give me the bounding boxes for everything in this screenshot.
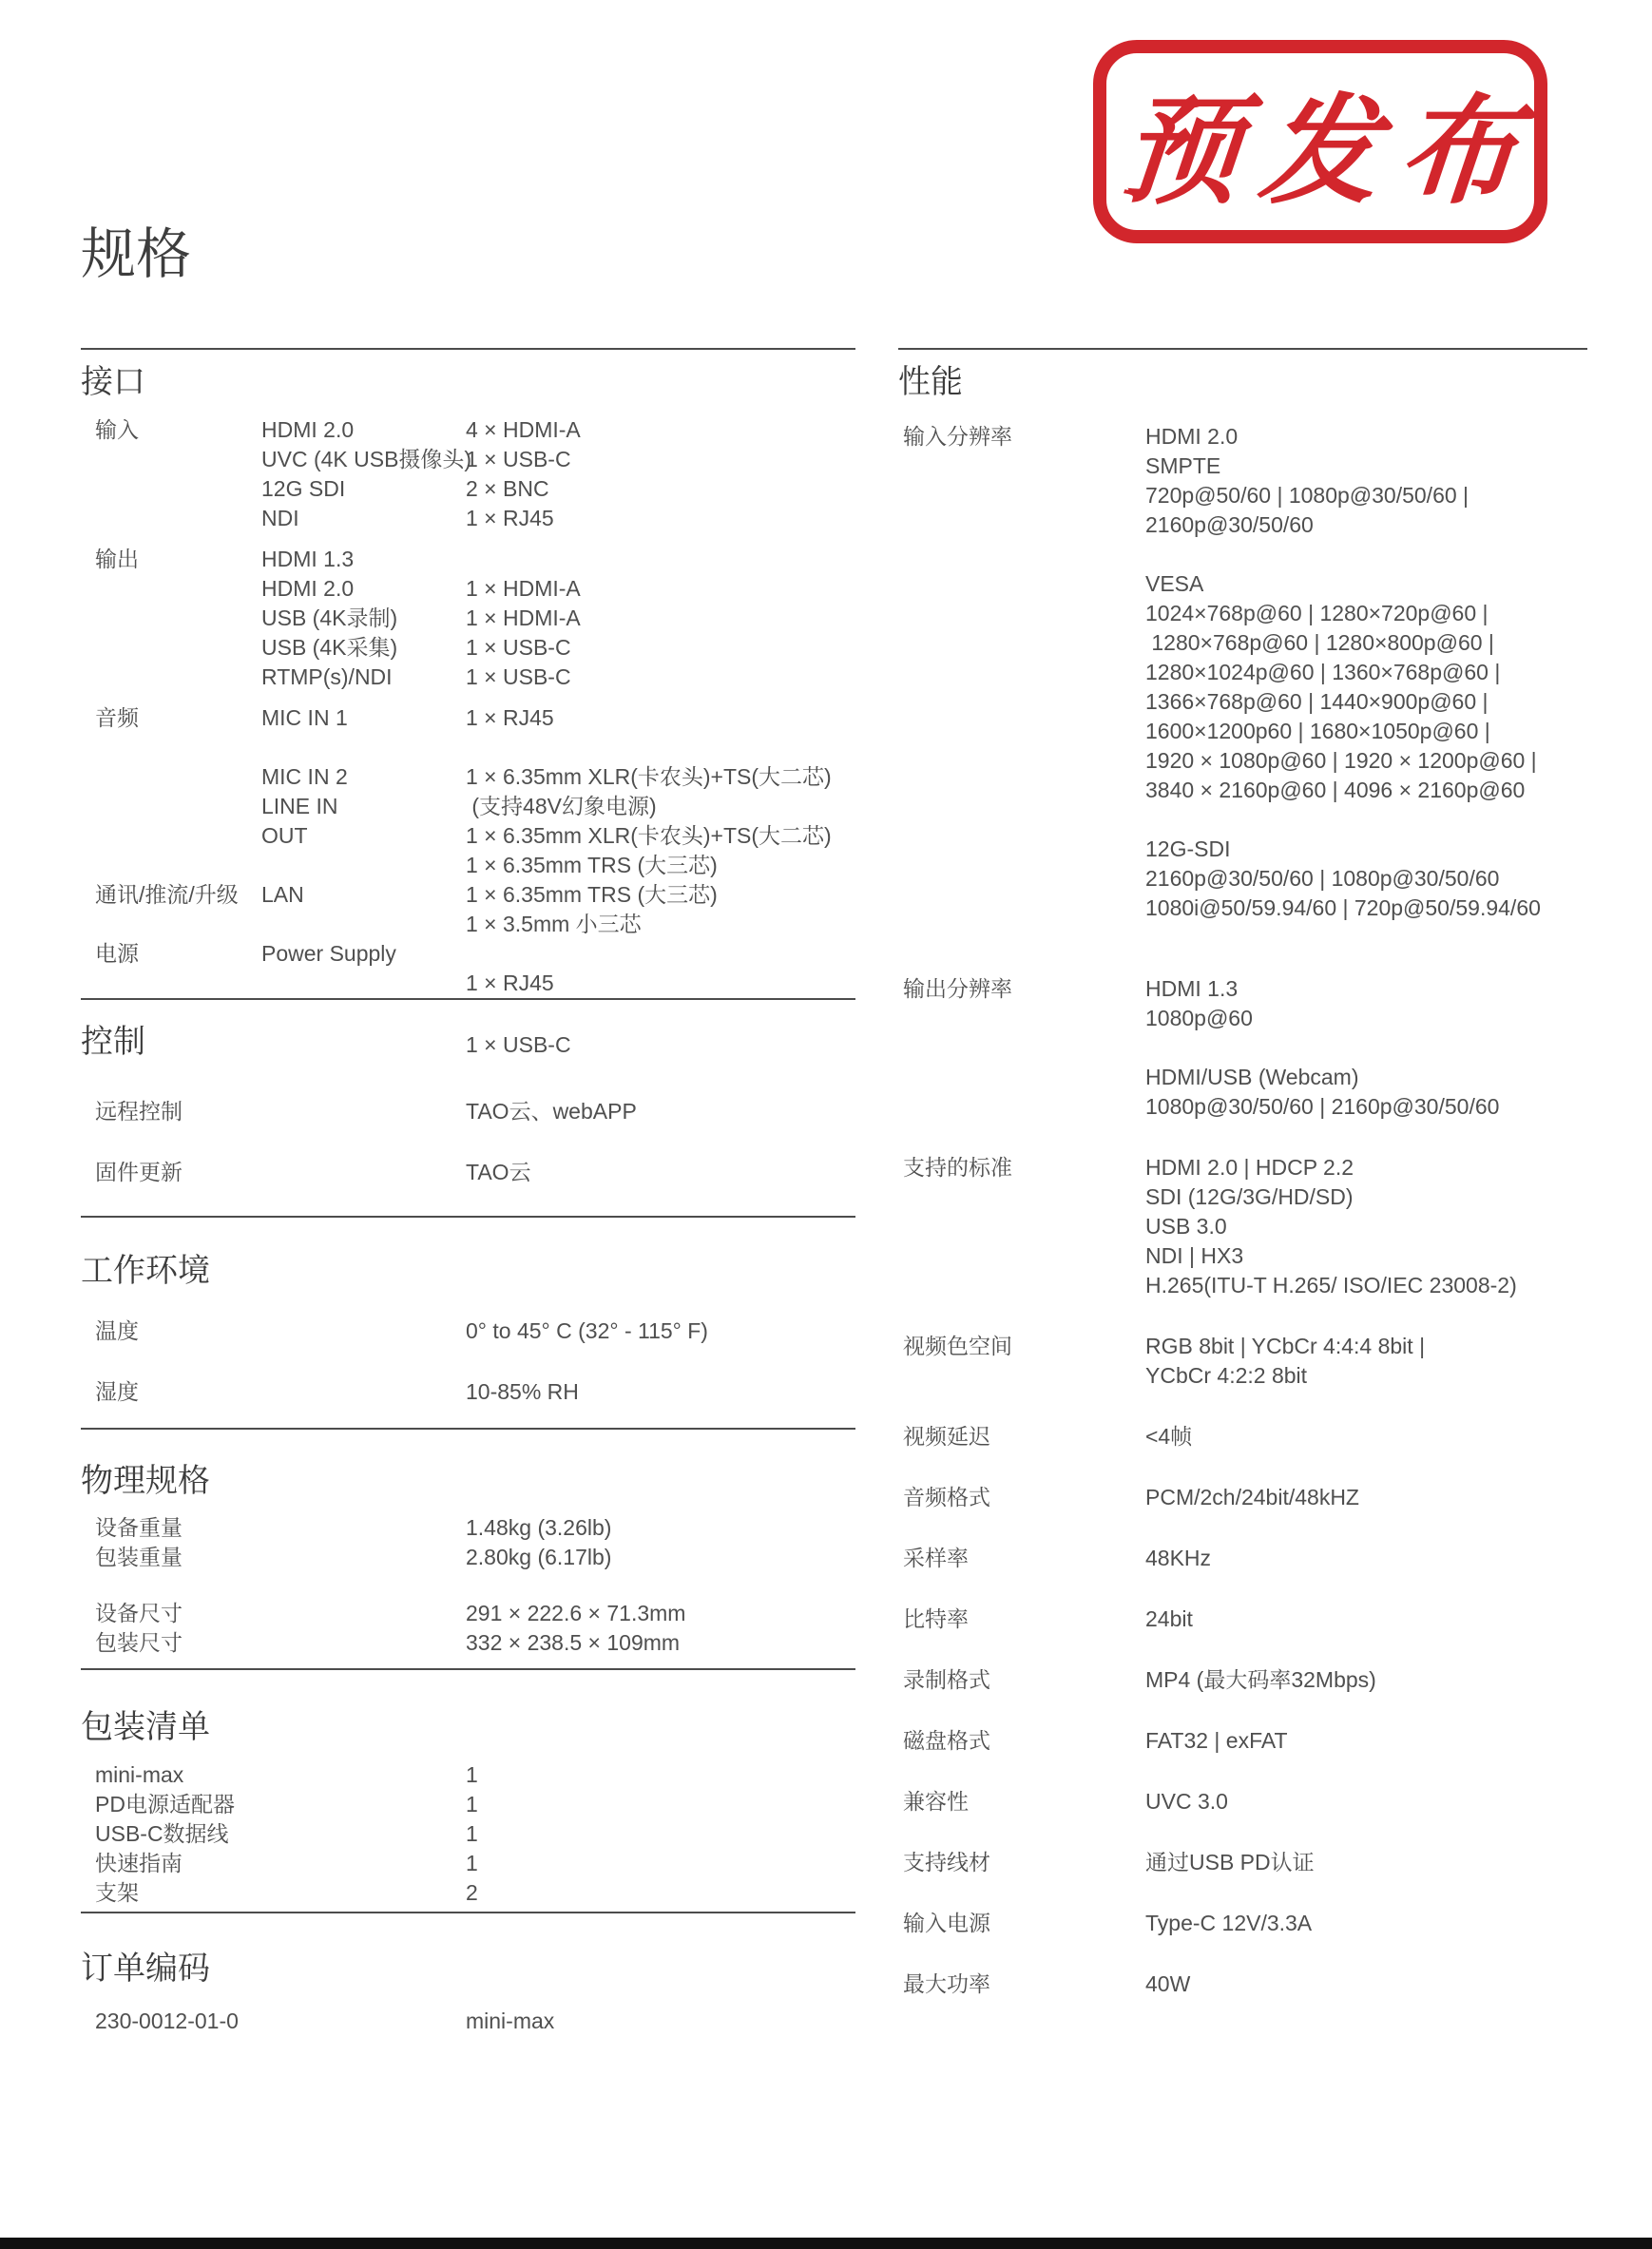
row-sublabels: MIC IN 1 MIC IN 2 LINE IN OUT <box>261 703 466 880</box>
spec-row-input: 输入 HDMI 2.0 UVC (4K USB摄像头) 12G SDI NDI … <box>81 415 855 533</box>
row-label: 支持线材 <box>898 1848 1145 1877</box>
row-label: 比特率 <box>898 1605 1145 1634</box>
row-values: 291 × 222.6 × 71.3mm 332 × 238.5 × 109mm <box>466 1599 855 1658</box>
row-values: RGB 8bit | YCbCr 4:4:4 8bit | YCbCr 4:2:… <box>1145 1332 1587 1391</box>
spec-row-disk-format: 磁盘格式 FAT32 | exFAT <box>898 1726 1587 1756</box>
spec-row-sample-rate: 采样率 48KHz <box>898 1544 1587 1573</box>
row-values: 24bit <box>1145 1605 1587 1634</box>
row-label: 音频 <box>81 703 261 880</box>
spec-row-record-format: 录制格式 MP4 (最大码率32Mbps) <box>898 1665 1587 1695</box>
left-column: 接口 输入 HDMI 2.0 UVC (4K USB摄像头) 12G SDI N… <box>81 348 855 2067</box>
spec-row-power: 电源 Power Supply 1 × RJ45 <box>81 939 855 998</box>
row-value: TAO云、webAPP <box>466 1097 855 1126</box>
row-values: Type-C 12V/3.3A <box>1145 1909 1587 1938</box>
spec-row-video-latency: 视频延迟 <4帧 <box>898 1422 1587 1451</box>
prerelease-stamp-text: 预发布 <box>1094 57 1546 226</box>
section-control: 控制 1 × USB-C 远程控制 TAO云、webAPP 固件更新 TAO云 <box>81 998 855 1187</box>
row-values: MP4 (最大码率32Mbps) <box>1145 1665 1587 1695</box>
row-values: PCM/2ch/24bit/48kHZ <box>1145 1483 1587 1512</box>
spec-row-cable: 支持线材 通过USB PD认证 <box>898 1848 1587 1877</box>
row-values: 4 × HDMI-A 1 × USB-C 2 × BNC 1 × RJ45 <box>466 415 855 533</box>
spec-row-firmware: 固件更新 TAO云 <box>81 1158 855 1187</box>
row-sublabels: HDMI 2.0 UVC (4K USB摄像头) 12G SDI NDI <box>261 415 466 533</box>
row-values: 1 × HDMI-A 1 × HDMI-A 1 × USB-C 1 × USB-… <box>466 545 855 692</box>
spec-row-dimensions: 设备尺寸 包装尺寸 291 × 222.6 × 71.3mm 332 × 238… <box>81 1599 855 1658</box>
section-divider <box>81 348 855 350</box>
section-divider <box>81 1428 855 1430</box>
row-values: 40W <box>1145 1970 1587 1999</box>
row-label: 输出分辨率 <box>898 974 1145 1122</box>
spec-row-bit-rate: 比特率 24bit <box>898 1605 1587 1634</box>
section-heading: 接口 <box>81 363 855 401</box>
row-label: 输入分辨率 <box>898 422 1145 923</box>
section-heading: 物理规格 <box>81 1462 855 1500</box>
packing-list: mini-max PD电源适配器 USB-C数据线 快速指南 支架 1 1 1 … <box>81 1760 855 1908</box>
row-value: TAO云 <box>466 1158 855 1187</box>
section-heading: 工作环境 <box>81 1252 855 1290</box>
row-label: 输入电源 <box>898 1909 1145 1938</box>
row-labels: 设备尺寸 包装尺寸 <box>81 1599 466 1658</box>
control-heading-value: 1 × USB-C <box>466 1030 855 1060</box>
spec-row-output-resolution: 输出分辨率 HDMI 1.3 1080p@60 HDMI/USB (Webcam… <box>898 974 1587 1122</box>
row-values: HDMI 2.0 | HDCP 2.2 SDI (12G/3G/HD/SD) U… <box>1145 1153 1587 1300</box>
section-physical: 物理规格 设备重量 包装重量 1.48kg (3.26lb) 2.80kg (6… <box>81 1428 855 1658</box>
section-heading: 包装清单 <box>81 1708 855 1746</box>
row-values: UVC 3.0 <box>1145 1787 1587 1816</box>
section-divider <box>898 348 1587 350</box>
spec-row-humidity: 湿度 10-85% RH <box>81 1377 855 1407</box>
section-performance: 性能 输入分辨率 HDMI 2.0 SMPTE 720p@50/60 | 108… <box>898 348 1587 1999</box>
right-column: 性能 输入分辨率 HDMI 2.0 SMPTE 720p@50/60 | 108… <box>898 348 1587 2030</box>
row-label: 磁盘格式 <box>898 1726 1145 1756</box>
spec-row-input-resolution: 输入分辨率 HDMI 2.0 SMPTE 720p@50/60 | 1080p@… <box>898 422 1587 923</box>
order-product: mini-max <box>466 2007 855 2036</box>
row-values: HDMI 2.0 SMPTE 720p@50/60 | 1080p@30/50/… <box>1145 422 1587 923</box>
row-label: 电源 <box>81 939 261 998</box>
row-label: 兼容性 <box>898 1787 1145 1816</box>
row-label: 温度 <box>81 1317 466 1346</box>
row-values: 1 × RJ45 <box>466 939 855 998</box>
row-value: 10-85% RH <box>466 1377 855 1407</box>
section-packing-list: 包装清单 mini-max PD电源适配器 USB-C数据线 快速指南 支架 1… <box>81 1668 855 1908</box>
row-values: 通过USB PD认证 <box>1145 1848 1587 1877</box>
spec-row-remote-control: 远程控制 TAO云、webAPP <box>81 1097 855 1126</box>
spec-row-color-space: 视频色空间 RGB 8bit | YCbCr 4:4:4 8bit | YCbC… <box>898 1332 1587 1391</box>
spec-row-compatibility: 兼容性 UVC 3.0 <box>898 1787 1587 1816</box>
spec-row-max-power: 最大功率 40W <box>898 1970 1587 1999</box>
page-bottom-edge <box>0 2238 1652 2249</box>
row-values: 1.48kg (3.26lb) 2.80kg (6.17lb) <box>466 1513 855 1572</box>
spec-row-standards: 支持的标准 HDMI 2.0 | HDCP 2.2 SDI (12G/3G/HD… <box>898 1153 1587 1300</box>
section-interface: 接口 输入 HDMI 2.0 UVC (4K USB摄像头) 12G SDI N… <box>81 348 855 998</box>
row-sublabels: HDMI 1.3 HDMI 2.0 USB (4K录制) USB (4K采集) … <box>261 545 466 692</box>
row-label: 采样率 <box>898 1544 1145 1573</box>
row-label: 远程控制 <box>81 1097 466 1126</box>
row-values: HDMI 1.3 1080p@60 HDMI/USB (Webcam) 1080… <box>1145 974 1587 1122</box>
section-heading: 性能 <box>898 363 1587 401</box>
packing-items: mini-max PD电源适配器 USB-C数据线 快速指南 支架 <box>81 1760 466 1908</box>
spec-row-temperature: 温度 0° to 45° C (32° - 115° F) <box>81 1317 855 1346</box>
section-heading: 订单编码 <box>81 1950 855 1988</box>
section-divider <box>81 1912 855 1913</box>
control-heading-row: 控制 1 × USB-C <box>81 1023 855 1061</box>
prerelease-stamp: 预发布 <box>1093 40 1547 243</box>
row-values: FAT32 | exFAT <box>1145 1726 1587 1756</box>
row-label: 固件更新 <box>81 1158 466 1187</box>
spec-row-comm: 通讯/推流/升级 LAN 1 × 6.35mm TRS (大三芯) 1 × 3.… <box>81 880 855 939</box>
packing-quantities: 1 1 1 1 2 <box>466 1760 855 1908</box>
row-sublabels: Power Supply <box>261 939 466 998</box>
row-label: 通讯/推流/升级 <box>81 880 261 939</box>
row-label: 视频延迟 <box>898 1422 1145 1451</box>
section-order-code: 订单编码 230-0012-01-0 mini-max <box>81 1912 855 2036</box>
spec-row-output: 输出 HDMI 1.3 HDMI 2.0 USB (4K录制) USB (4K采… <box>81 545 855 692</box>
spec-row-audio-format: 音频格式 PCM/2ch/24bit/48kHZ <box>898 1483 1587 1512</box>
row-value: 0° to 45° C (32° - 115° F) <box>466 1317 855 1346</box>
row-values: 1 × 6.35mm TRS (大三芯) 1 × 3.5mm 小三芯 <box>466 880 855 939</box>
row-label: 音频格式 <box>898 1483 1145 1512</box>
row-label: 录制格式 <box>898 1665 1145 1695</box>
row-values: <4帧 <box>1145 1422 1587 1451</box>
section-divider <box>81 998 855 1000</box>
section-environment: 工作环境 温度 0° to 45° C (32° - 115° F) 湿度 10… <box>81 1216 855 1407</box>
row-values: 1 × RJ45 1 × 6.35mm XLR(卡农头)+TS(大二芯) (支持… <box>466 703 855 880</box>
row-labels: 设备重量 包装重量 <box>81 1513 466 1572</box>
row-label: 湿度 <box>81 1377 466 1407</box>
row-label: 输入 <box>81 415 261 533</box>
section-divider <box>81 1216 855 1218</box>
section-divider <box>81 1668 855 1670</box>
spec-row-input-power: 输入电源 Type-C 12V/3.3A <box>898 1909 1587 1938</box>
row-label: 视频色空间 <box>898 1332 1145 1391</box>
spec-sheet-page: 预发布 规格 接口 输入 HDMI 2.0 UVC (4K USB摄像头) 12… <box>0 0 1652 2249</box>
row-label: 最大功率 <box>898 1970 1145 1999</box>
order-code: 230-0012-01-0 <box>81 2007 466 2036</box>
row-values: 48KHz <box>1145 1544 1587 1573</box>
row-label: 支持的标准 <box>898 1153 1145 1300</box>
page-title: 规格 <box>81 226 191 283</box>
spec-row-weight: 设备重量 包装重量 1.48kg (3.26lb) 2.80kg (6.17lb… <box>81 1513 855 1572</box>
spec-row-order-code: 230-0012-01-0 mini-max <box>81 2007 855 2036</box>
row-sublabels: LAN <box>261 880 466 939</box>
row-label: 输出 <box>81 545 261 692</box>
spec-row-audio: 音频 MIC IN 1 MIC IN 2 LINE IN OUT 1 × RJ4… <box>81 703 855 880</box>
section-heading: 控制 <box>81 1023 466 1061</box>
